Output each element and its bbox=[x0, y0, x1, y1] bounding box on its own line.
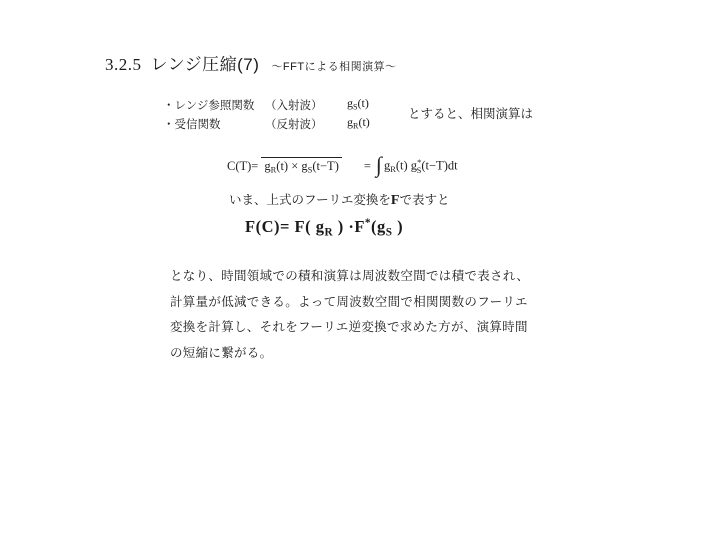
definition-name: ・レンジ参照関数 bbox=[163, 97, 265, 113]
definition-paren: （反射波） bbox=[265, 116, 323, 132]
paragraph-line: となり、時間領域での積和演算は周波数空間では積で表され、 bbox=[170, 264, 565, 290]
definitions-note: とすると、相関演算は bbox=[408, 104, 533, 122]
definition-name: ・受信関数 bbox=[163, 116, 265, 132]
slide-canvas: 3.2.5 レンジ圧縮(7) ～FFTによる相関演算～ ・レンジ参照関数 （入射… bbox=[0, 0, 720, 540]
fourier-intro-post: で表すと bbox=[399, 193, 449, 207]
definition-paren: （入射波） bbox=[265, 97, 323, 113]
title-text: レンジ圧縮(7) bbox=[151, 50, 260, 75]
correlation-lhs: C(T)= bbox=[227, 159, 258, 174]
slide-title: 3.2.5 レンジ圧縮(7) ～FFTによる相関演算～ bbox=[105, 50, 397, 75]
correlation-overline-term: gR(t) × gS(t−T) bbox=[261, 157, 342, 175]
correlation-rhs: gR(t) g*S(t−T)dt bbox=[384, 157, 458, 174]
integral-sign: ∫ bbox=[376, 154, 382, 176]
title-section-number: 3.2.5 bbox=[105, 55, 142, 75]
definition-symbol-gr: gR(t) bbox=[347, 115, 370, 130]
paragraph-line: の短縮に繋がる。 bbox=[170, 341, 565, 367]
fourier-intro: いま、上式のフーリエ変換をFで表すと bbox=[229, 190, 449, 209]
body-paragraph: となり、時間領域での積和演算は周波数空間では積で表され、 計算量が低減できる。よ… bbox=[170, 264, 565, 366]
fourier-intro-pre: いま、上式のフーリエ変換を bbox=[229, 193, 391, 207]
correlation-equals: = bbox=[364, 159, 371, 174]
title-subtitle: ～FFTによる相関演算～ bbox=[271, 58, 396, 74]
paragraph-line: 変換を計算し、それをフーリエ逆変換で求めた方が、演算時間 bbox=[170, 315, 565, 341]
definition-symbol-gs: gS(t) bbox=[347, 96, 369, 111]
correlation-formula: C(T)= gR(t) × gS(t−T) = ∫ gR(t) g*S(t−T)… bbox=[227, 155, 458, 177]
paragraph-line: 計算量が低減できる。よって周波数空間で相関関数のフーリエ bbox=[170, 290, 565, 316]
fourier-formula: F(C)= F( gR ) ·F*(gS ) bbox=[245, 217, 403, 239]
